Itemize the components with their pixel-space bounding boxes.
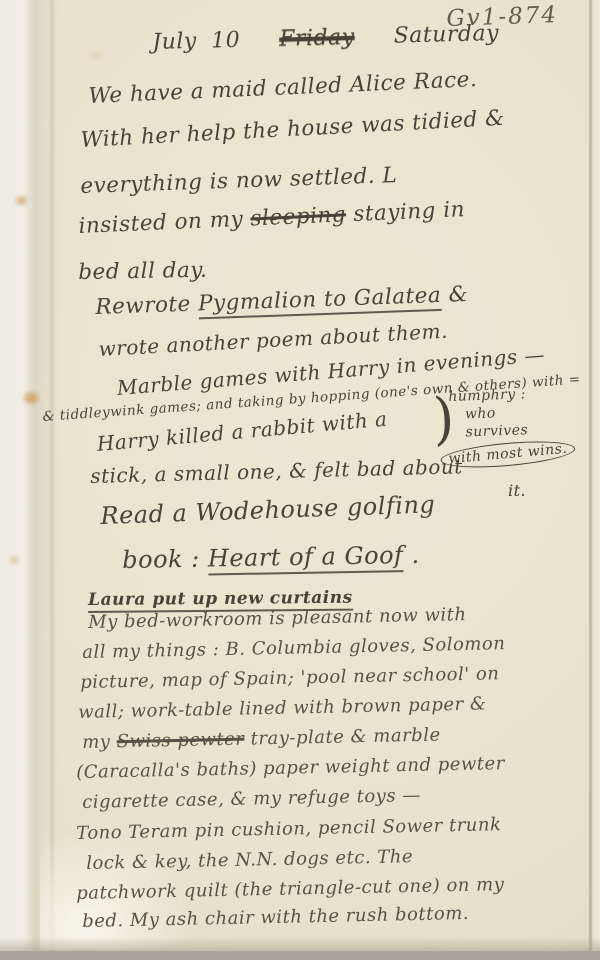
handwritten-line-l01: We have a maid called Alice Race.	[88, 67, 478, 109]
handwritten-line-l22: cigarette case, & my refuge toys —	[82, 785, 421, 813]
handwritten-line-l17: all my things : B. Columbia gloves, Solo…	[82, 633, 506, 663]
text-segment: (Caracalla's baths) paper weight and pew…	[76, 753, 505, 783]
handwritten-line-l11: stick, a small one, & felt bad about	[90, 454, 463, 488]
handwritten-line-l21: (Caracalla's baths) paper weight and pew…	[76, 753, 505, 783]
handwritten-line-l05: bed all day.	[78, 258, 208, 285]
struck-day: Friday	[279, 25, 355, 52]
text-segment: We have a maid called Alice Race.	[88, 67, 478, 109]
brace-mark: )	[432, 382, 456, 456]
text-segment: it.	[508, 481, 526, 500]
text-segment: all my things : B. Columbia gloves, Solo…	[82, 633, 506, 663]
foxing-spot	[92, 52, 100, 59]
diary-page: Gv1-874 July 10 Friday Saturday We have …	[0, 0, 600, 960]
text-segment: wall; work-table lined with brown paper …	[78, 693, 487, 723]
struck-text: sleeping	[250, 202, 347, 231]
text-segment: .	[403, 541, 420, 569]
handwritten-line-l20: my Swiss pewter tray-plate & marble	[82, 724, 441, 753]
struck-text: Swiss pewter	[116, 729, 244, 753]
handwritten-line-l13: Read a Wodehouse golfing	[100, 490, 436, 530]
foxing-spot	[10, 556, 19, 564]
handwritten-line-l04: insisted on my sleeping staying in	[78, 197, 465, 239]
entry-day: Saturday	[393, 21, 499, 49]
foxing-spot	[24, 392, 38, 404]
text-segment: my	[82, 731, 117, 753]
scan-bottom-strip	[0, 951, 600, 960]
text-segment: everything is now settled. L	[80, 163, 398, 199]
circled-note: with most wins.	[440, 437, 577, 472]
handwritten-line-l06: Rewrote Pygmalion to Galatea &	[95, 282, 469, 320]
text-segment: &	[441, 282, 469, 308]
text-segment: cigarette case, & my refuge toys —	[82, 785, 421, 813]
foxing-spot	[16, 196, 27, 205]
handwritten-line-l12: it.	[508, 481, 526, 500]
text-segment: book :	[122, 545, 208, 574]
text-segment: staying in	[345, 197, 465, 227]
text-segment: Tono Teram pin cushion, pencil Sower tru…	[76, 814, 502, 844]
entry-date: July 10	[152, 28, 241, 55]
text-segment: bed all day.	[78, 258, 208, 285]
underlined-text: Pygmalion to Galatea	[198, 283, 442, 319]
text-segment: stick, a small one, & felt bad about	[90, 454, 463, 488]
handwritten-line-l14: book : Heart of a Goof .	[122, 541, 420, 574]
handwritten-line-l03: everything is now settled. L	[80, 163, 398, 199]
text-segment: tray-plate & marble	[244, 724, 441, 749]
text-segment: insisted on my	[78, 206, 251, 238]
gutter-crease	[50, 0, 54, 960]
margin-annotation: ) humphry : who survives with most wins.	[448, 383, 596, 468]
entry-heading: July 10 Friday Saturday	[152, 21, 499, 55]
handwritten-line-l18: picture, map of Spain; 'pool near school…	[80, 663, 500, 693]
page-bottom-shadow	[0, 937, 600, 951]
page-right-edge-line	[589, 0, 592, 960]
handwritten-line-l23: Tono Teram pin cushion, pencil Sower tru…	[76, 814, 502, 844]
margin-note-line: survives	[465, 419, 595, 442]
text-segment: With her help the house was tidied &	[80, 106, 505, 153]
text-segment: picture, map of Spain; 'pool near school…	[80, 663, 500, 693]
text-segment: Rewrote	[95, 291, 199, 320]
underlined-text: Heart of a Goof	[208, 541, 404, 575]
page-right-edge	[592, 0, 600, 960]
handwritten-line-l02: With her help the house was tidied &	[80, 106, 505, 153]
handwritten-line-l19: wall; work-table lined with brown paper …	[78, 693, 487, 723]
text-segment: Read a Wodehouse golfing	[100, 490, 436, 530]
